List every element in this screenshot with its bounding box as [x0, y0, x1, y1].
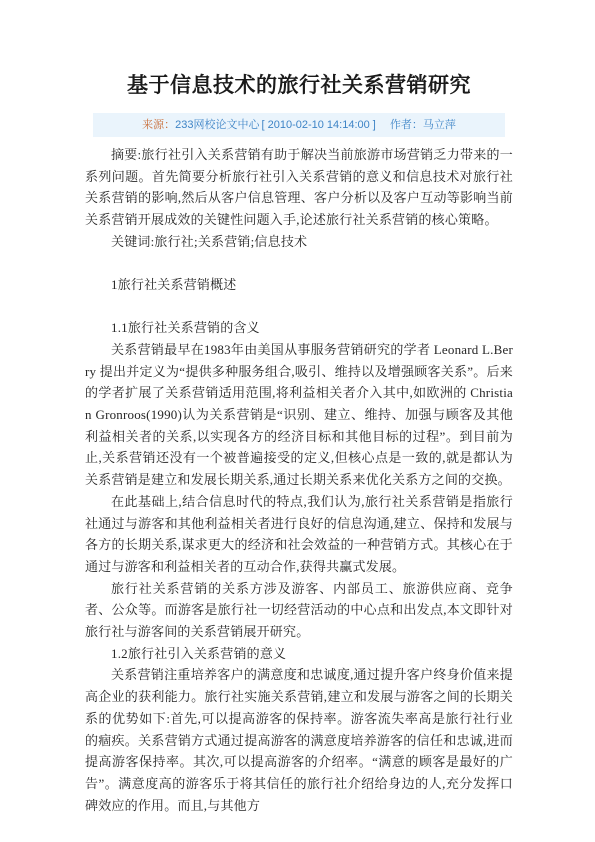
paragraph: 关系营销最早在1983年由美国从事服务营销研究的学者 Leonard L.Ber… [85, 339, 513, 491]
source-label: 来源： [142, 119, 175, 131]
paragraph: 旅行社关系营销的关系方涉及游客、内部员工、旅游供应商、竞争者、公众等。而游客是旅… [85, 578, 513, 643]
author-label: 作者： [390, 119, 423, 131]
paragraph: 1.2旅行社引入关系营销的意义 [85, 643, 513, 665]
publish-timestamp: [ 2010-02-10 14:14:00 ] [261, 119, 375, 131]
paragraph: 关系营销注重培养客户的满意度和忠诚度,通过提升客户终身价值来提高企业的获利能力。… [85, 664, 513, 816]
article-body: 摘要:旅行社引入关系营销有助于解决当前旅游市场营销乏力带来的一系列问题。首先简要… [85, 144, 513, 816]
paragraph: 摘要:旅行社引入关系营销有助于解决当前旅游市场营销乏力带来的一系列问题。首先简要… [85, 144, 513, 231]
paragraph: 关键词:旅行社;关系营销;信息技术 [85, 231, 513, 253]
section-heading: 1旅行社关系营销概述 [85, 274, 513, 296]
paragraph: 在此基础上,结合信息时代的特点,我们认为,旅行社关系营销是指旅行社通过与游客和其… [85, 491, 513, 578]
article-meta-bar: 来源：233网校论文中心[ 2010-02-10 14:14:00 ]作者：马立… [93, 113, 505, 137]
author-name: 马立萍 [423, 119, 456, 131]
page-title: 基于信息技术的旅行社关系营销研究 [85, 70, 513, 100]
source-link[interactable]: 233网校论文中心 [175, 119, 259, 131]
paragraph: 1.1旅行社关系营销的含义 [85, 317, 513, 339]
article-page: 基于信息技术的旅行社关系营销研究 来源：233网校论文中心[ 2010-02-1… [0, 0, 595, 842]
